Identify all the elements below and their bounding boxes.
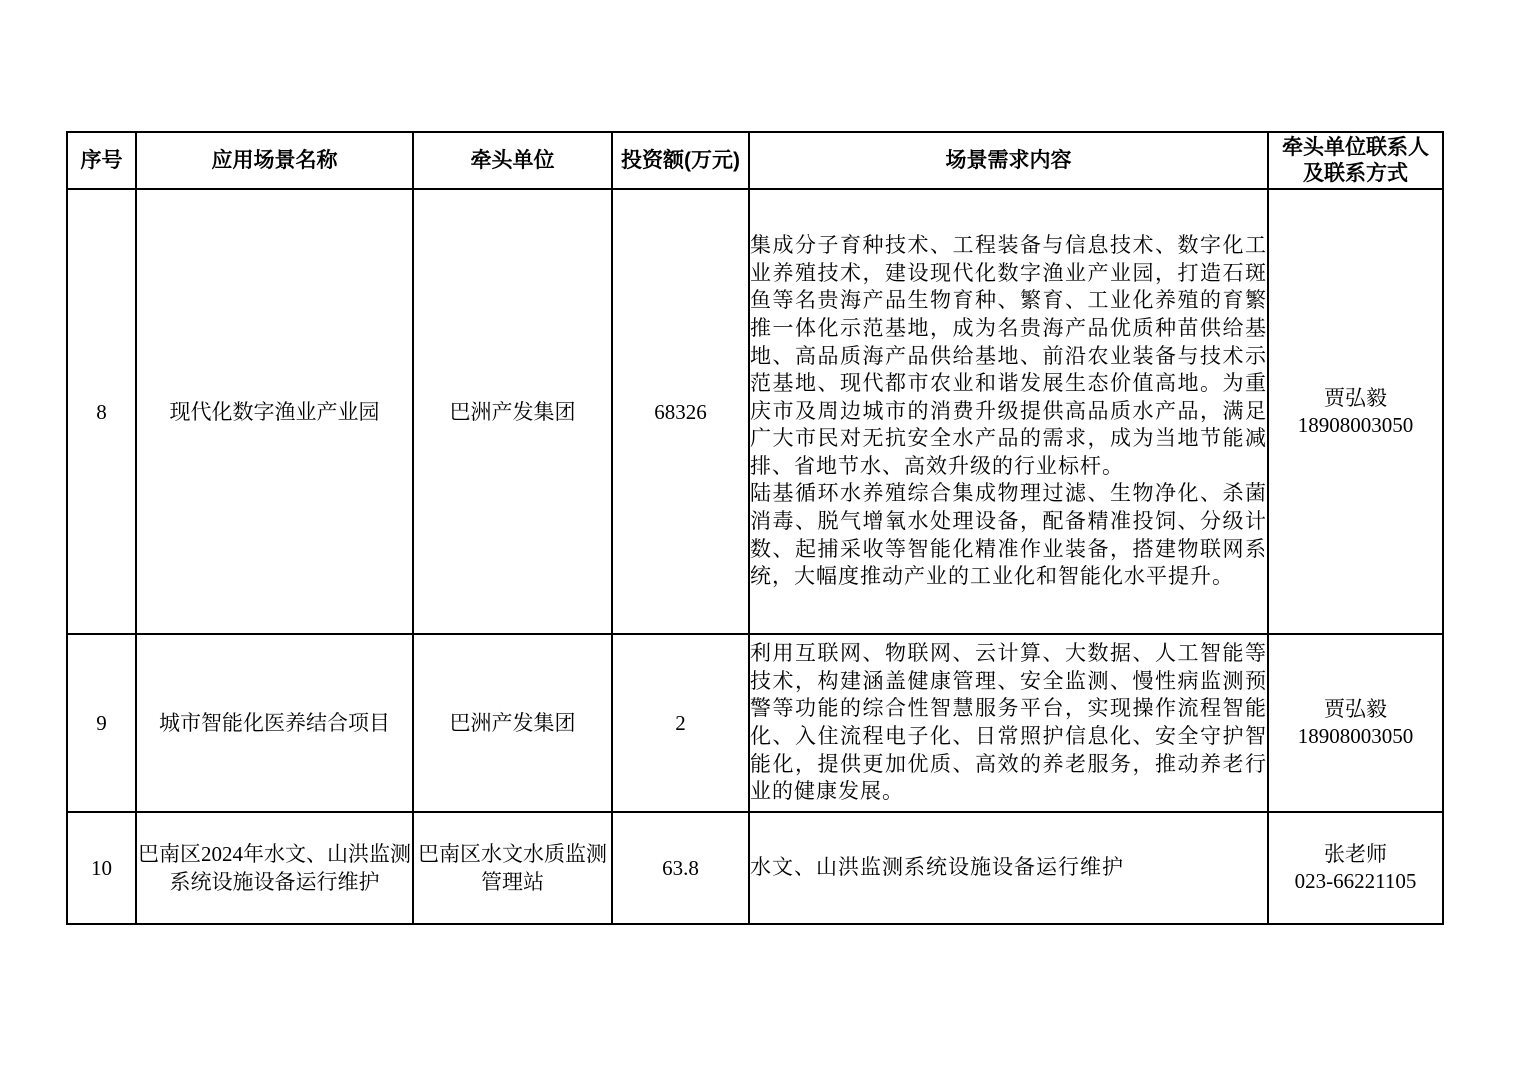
row9-no: 9 [67, 634, 136, 812]
row9-lead-unit: 巴洲产发集团 [413, 634, 612, 812]
row8-no: 8 [67, 189, 136, 634]
header-content: 场景需求内容 [749, 132, 1268, 189]
row8-lead-unit: 巴洲产发集团 [413, 189, 612, 634]
row10-content: 水文、山洪监测系统设施设备运行维护 [749, 812, 1268, 924]
row10-content-paragraph: 水文、山洪监测系统设施设备运行维护 [750, 854, 1267, 882]
table-row: 8 现代化数字渔业产业园 巴洲产发集团 68326 集成分子育种技术、工程装备与… [67, 189, 1443, 634]
row9-contact-phone: 18908003050 [1269, 723, 1442, 750]
row9-contact-name: 贾弘毅 [1269, 696, 1442, 723]
header-scenario-name: 应用场景名称 [136, 132, 413, 189]
row8-contact: 贾弘毅 18908003050 [1268, 189, 1443, 634]
row10-lead-unit: 巴南区水文水质监测管理站 [413, 812, 612, 924]
header-contact: 牵头单位联系人 及联系方式 [1268, 132, 1443, 189]
row9-investment: 2 [612, 634, 749, 812]
row10-contact-phone: 023-66221105 [1269, 868, 1442, 895]
row9-content: 利用互联网、物联网、云计算、大数据、人工智能等技术，构建涵盖健康管理、安全监测、… [749, 634, 1268, 812]
row10-contact-name: 张老师 [1269, 841, 1442, 868]
header-no: 序号 [67, 132, 136, 189]
row10-scenario-name: 巴南区2024年水文、山洪监测系统设施设备运行维护 [136, 812, 413, 924]
row8-investment: 68326 [612, 189, 749, 634]
header-lead-unit: 牵头单位 [413, 132, 612, 189]
row10-investment: 63.8 [612, 812, 749, 924]
row9-content-paragraph: 利用互联网、物联网、云计算、大数据、人工智能等技术，构建涵盖健康管理、安全监测、… [750, 640, 1267, 806]
row10-contact: 张老师 023-66221105 [1268, 812, 1443, 924]
table-row: 10 巴南区2024年水文、山洪监测系统设施设备运行维护 巴南区水文水质监测管理… [67, 812, 1443, 924]
header-row: 序号 应用场景名称 牵头单位 投资额(万元) 场景需求内容 牵头单位联系人 及联… [67, 132, 1443, 189]
row8-contact-phone: 18908003050 [1269, 412, 1442, 439]
row9-scenario-name: 城市智能化医养结合项目 [136, 634, 413, 812]
header-investment: 投资额(万元) [612, 132, 749, 189]
header-contact-line1: 牵头单位联系人 [1269, 135, 1442, 161]
table-row: 9 城市智能化医养结合项目 巴洲产发集团 2 利用互联网、物联网、云计算、大数据… [67, 634, 1443, 812]
row8-scenario-name: 现代化数字渔业产业园 [136, 189, 413, 634]
projects-table: 序号 应用场景名称 牵头单位 投资额(万元) 场景需求内容 牵头单位联系人 及联… [66, 131, 1444, 925]
row8-content: 集成分子育种技术、工程装备与信息技术、数字化工业养殖技术，建设现代化数字渔业产业… [749, 189, 1268, 634]
row10-no: 10 [67, 812, 136, 924]
row8-contact-name: 贾弘毅 [1269, 385, 1442, 412]
header-contact-line2: 及联系方式 [1269, 161, 1442, 187]
row9-contact: 贾弘毅 18908003050 [1268, 634, 1443, 812]
row8-content-paragraph: 陆基循环水养殖综合集成物理过滤、生物净化、杀菌消毒、脱气增氧水处理设备，配备精准… [750, 480, 1267, 590]
row8-content-paragraph: 集成分子育种技术、工程装备与信息技术、数字化工业养殖技术，建设现代化数字渔业产业… [750, 232, 1267, 480]
